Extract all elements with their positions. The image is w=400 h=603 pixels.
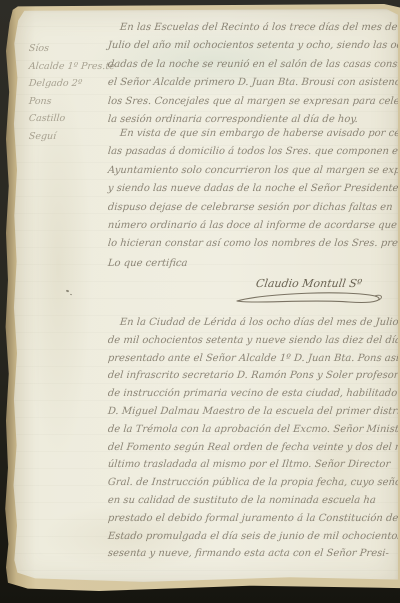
manuscript-line: Estado promulgada el día seis de junio d… (107, 528, 398, 546)
manuscript-line: del infrascrito secretario D. Ramón Pons… (107, 367, 398, 385)
manuscript-line: En vista de que sin embargo de haberse a… (119, 125, 398, 143)
manuscript-line: En las Escuelas del Recinto á los trece … (119, 19, 398, 37)
margin-attendee-list: SíosAlcalde 1º Pres.teDelgado 2ºPonsCast… (28, 40, 114, 145)
manuscript-line: En la Ciudad de Lérida á los ocho días d… (119, 314, 398, 332)
manuscript-line: de mil ochocientos setenta y nueve siend… (107, 332, 398, 350)
manuscript-paper: SíosAlcalde 1º Pres.teDelgado 2ºPonsCast… (12, 9, 398, 583)
manuscript-line: presentado ante el Señor Alcalde 1º D. J… (107, 350, 398, 368)
scanned-manuscript-page: SíosAlcalde 1º Pres.teDelgado 2ºPonsCast… (0, 0, 400, 603)
ink-speck (70, 294, 72, 296)
manuscript-line: del Fomento según Real orden de fecha ve… (107, 439, 398, 457)
margin-note-line: Síos (28, 40, 116, 58)
manuscript-line: prestado el debido formal juramento á la… (107, 510, 398, 528)
acta-paragraph-3: En la Ciudad de Lérida á los ocho días d… (107, 314, 398, 563)
manuscript-line: el Señor Alcalde primero D. Juan Bta. Br… (107, 74, 398, 92)
margin-note-line: Alcalde 1º Pres.te (28, 58, 116, 76)
manuscript-line: lo hicieran constar así como los nombres… (107, 235, 398, 253)
signature-name: Claudio Montull Sº (223, 277, 395, 290)
margin-note-line: Delgado 2º (28, 75, 116, 93)
secretary-signature: Claudio Montull Sº (224, 277, 394, 308)
manuscript-line: las pasadas á domicilio á todos los Sres… (107, 143, 398, 161)
manuscript-line: dadas de la noche se reunió en el salón … (107, 56, 398, 74)
manuscript-line: de instrucción primaria vecino de esta c… (107, 385, 398, 403)
manuscript-line: en su calidad de sustituto de la nominad… (107, 492, 398, 510)
manuscript-line: sesenta y nueve, firmando esta acta con … (107, 545, 398, 563)
margin-note-line: Seguí (28, 128, 116, 146)
manuscript-line: y siendo las nueve dadas de la noche el … (107, 180, 398, 198)
manuscript-line: número ordinario á las doce al informe d… (107, 217, 398, 235)
acta-paragraph-2: En vista de que sin embargo de haberse a… (107, 125, 398, 273)
manuscript-line: Gral. de Instrucción pública de la propi… (107, 474, 398, 492)
manuscript-line: los Sres. Concejales que al margen se ex… (107, 93, 398, 111)
acta-paragraph-1: En las Escuelas del Recinto á los trece … (107, 19, 398, 129)
manuscript-line: Ayuntamiento solo concurrieron los que a… (107, 162, 398, 180)
certification-closing: Lo que certifica (107, 255, 398, 273)
manuscript-line: de la Trémola con la aprobación del Excm… (107, 421, 398, 439)
manuscript-line: Julio del año mil ochocientos setenta y … (107, 37, 398, 55)
manuscript-line: D. Miguel Dalmau Maestro de la escuela d… (107, 403, 398, 421)
manuscript-line: último trasladada al mismo por el Iltmo.… (107, 456, 398, 474)
acta-paragraph-2-lines: En vista de que sin embargo de haberse a… (107, 125, 398, 254)
manuscript-line: dispuso dejase de celebrarse sesión por … (107, 199, 398, 217)
signature-rubric-icon (231, 288, 387, 308)
margin-note-line: Pons (28, 93, 116, 111)
ink-speck (66, 290, 70, 293)
margin-note-line: Castillo (28, 110, 116, 128)
